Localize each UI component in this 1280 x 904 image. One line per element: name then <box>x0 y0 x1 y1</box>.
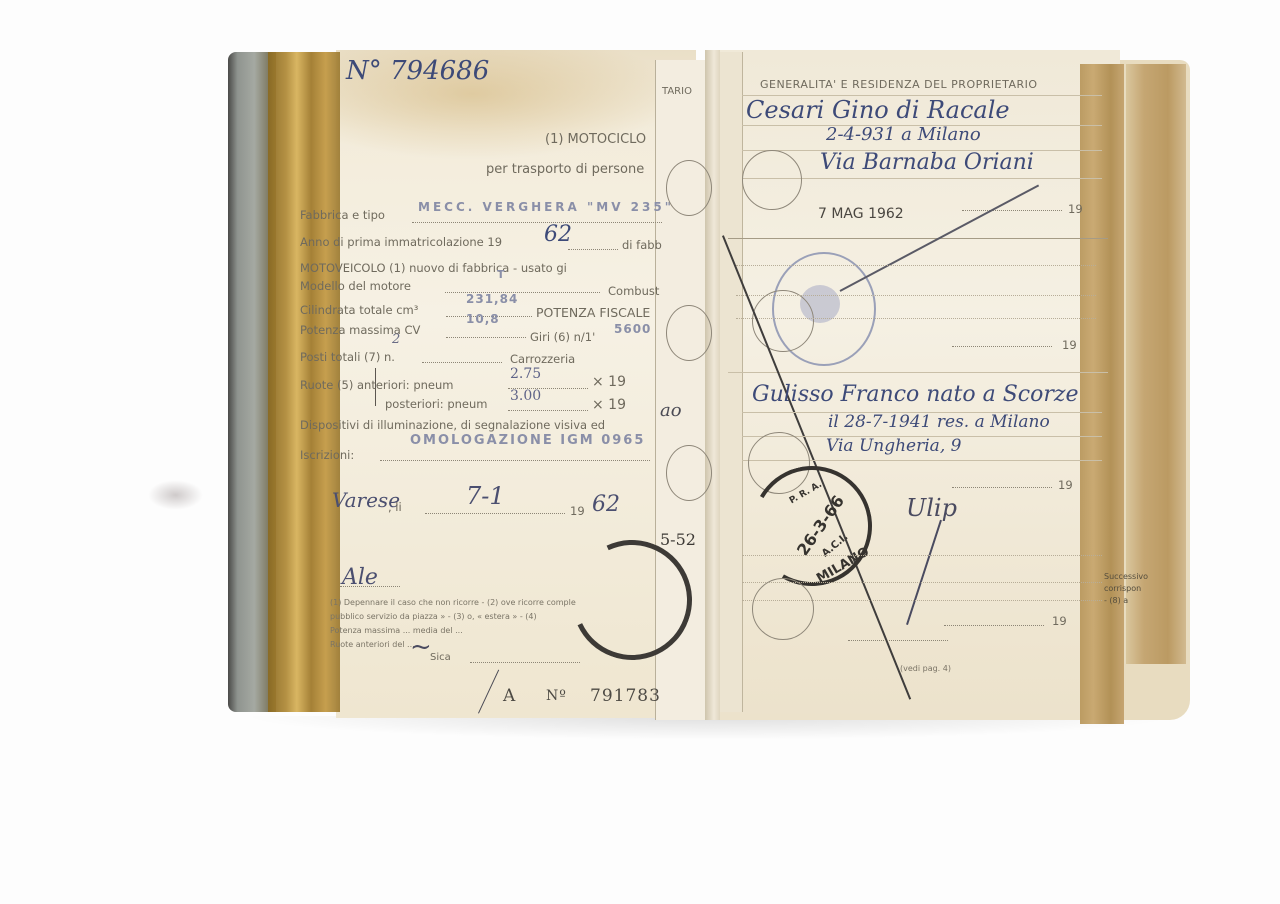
photo-circle <box>666 305 712 361</box>
tape-strip-right <box>1080 64 1124 724</box>
smudge-mark <box>148 480 203 510</box>
owner-2-birth: il 28-7-1941 res. a Milano <box>828 412 1050 432</box>
margin-cut-1: Successivo <box>1104 572 1148 581</box>
year-prefix-4: 19 <box>1052 614 1067 628</box>
vehicle-category: (1) MOTOCICLO <box>545 132 646 147</box>
owner-2-signature: Ulip <box>906 494 957 522</box>
field-value-displacement: 231,84 <box>466 292 518 306</box>
field-suffix-fuel: Combust <box>608 284 659 298</box>
owner-2-address: Via Ungheria, 9 <box>826 436 961 456</box>
field-value-engine-model: T <box>497 268 508 281</box>
field-suffix-fiscal-power: POTENZA FISCALE <box>536 305 650 320</box>
field-value-seats: 2 <box>392 332 400 347</box>
field-suffix-manufacture: di fabb <box>622 238 662 252</box>
footnote-4: Ruote anteriori del ... <box>330 640 415 649</box>
footnote-2: pubblico servizio da piazza » - (3) o, «… <box>330 612 537 621</box>
footnote-1: (1) Depennare il caso che non ricorre - … <box>330 598 576 607</box>
handwritten-number: N° 794686 <box>346 56 489 86</box>
owner-1-birth: 2-4-931 a Milano <box>826 124 981 145</box>
stamp-fragment: 5-52 <box>660 530 696 549</box>
field-value-front-tyres: 2.75 <box>510 366 541 382</box>
field-suffix-body: Carrozzeria <box>510 352 575 366</box>
field-value-rear-tyres: 3.00 <box>510 388 541 404</box>
field-label-vehicle-state: MOTOVEICOLO (1) nuovo di fabbrica - usat… <box>300 261 567 275</box>
year-prefix-2: 19 <box>1062 338 1077 352</box>
owner-1-date: 7 MAG 1962 <box>818 206 904 222</box>
serial-number: 791783 <box>590 686 661 706</box>
official-signature: ~ <box>410 632 432 662</box>
footnote-3: Potenza massima ... media del ... <box>330 626 463 635</box>
stamp-circle <box>752 290 814 352</box>
margin-cut-3: - (8) a <box>1104 596 1128 605</box>
label-li: , li <box>388 500 402 514</box>
field-value-max-power: 10,8 <box>466 312 500 326</box>
year-prefix-3: 19 <box>1058 478 1073 492</box>
field-label-engine-model: Modello del motore <box>300 279 411 293</box>
header-fragment: TARIO <box>662 86 692 97</box>
field-value-rpm: 5600 <box>614 322 651 336</box>
official-name: Sica <box>430 652 451 663</box>
owner-1-name: Cesari Gino di Racale <box>746 96 1010 124</box>
field-label-inscriptions: Iscrizioni: <box>300 448 354 462</box>
field-label-front-tyres: Ruote (5) anteriori: pneum <box>300 378 453 392</box>
issue-day-month: 7-1 <box>466 482 505 510</box>
field-label-rear-tyres: posteriori: pneum <box>385 397 487 411</box>
photo-circle <box>666 445 712 501</box>
issue-year: 62 <box>592 492 620 517</box>
margin-note: ao <box>660 400 682 421</box>
owner-1-address: Via Barnaba Oriani <box>820 150 1034 175</box>
owner-2-name: Gulisso Franco nato a Scorze <box>752 382 1079 407</box>
field-value-manufacturer: MECC. VERGHERA "MV 235" <box>418 200 674 214</box>
field-label-displacement: Cilindrata totale cm³ <box>300 303 418 317</box>
footer-note: (vedi pag. 4) <box>900 664 951 673</box>
field-label-manufacturer: Fabbrica e tipo <box>300 208 385 222</box>
field-suffix-rear-rim: × 19 <box>592 397 626 413</box>
vehicle-subcategory: per trasporto di persone <box>486 162 644 177</box>
field-value-inscriptions: OMOLOGAZIONE IGM 0965 <box>410 433 645 448</box>
right-page-flap <box>720 52 743 712</box>
stamp-circle <box>742 150 802 210</box>
margin-cut-2: corrispon <box>1104 584 1141 593</box>
field-label-registration-year: Anno di prima immatricolazione 19 <box>300 235 502 249</box>
serial-label: Nº <box>546 688 567 704</box>
field-label-lighting: Dispositivi di illuminazione, di segnala… <box>300 418 605 432</box>
field-suffix-rpm: Giri (6) n/1' <box>530 330 595 344</box>
serial-series: A <box>503 686 516 706</box>
field-suffix-front-rim: × 19 <box>592 374 626 390</box>
field-label-max-power: Potenza massima CV <box>300 323 420 337</box>
owner-1-year-prefix: 19 <box>1068 202 1083 216</box>
photo-circle <box>666 160 712 216</box>
field-label-seats: Posti totali (7) n. <box>300 350 395 364</box>
year-prefix: 19 <box>570 504 585 518</box>
stamp-circle <box>752 578 814 640</box>
field-value-registration-year: 62 <box>544 222 572 247</box>
owner-section-header: GENERALITA' E RESIDENZA DEL PROPRIETARIO <box>760 78 1038 91</box>
